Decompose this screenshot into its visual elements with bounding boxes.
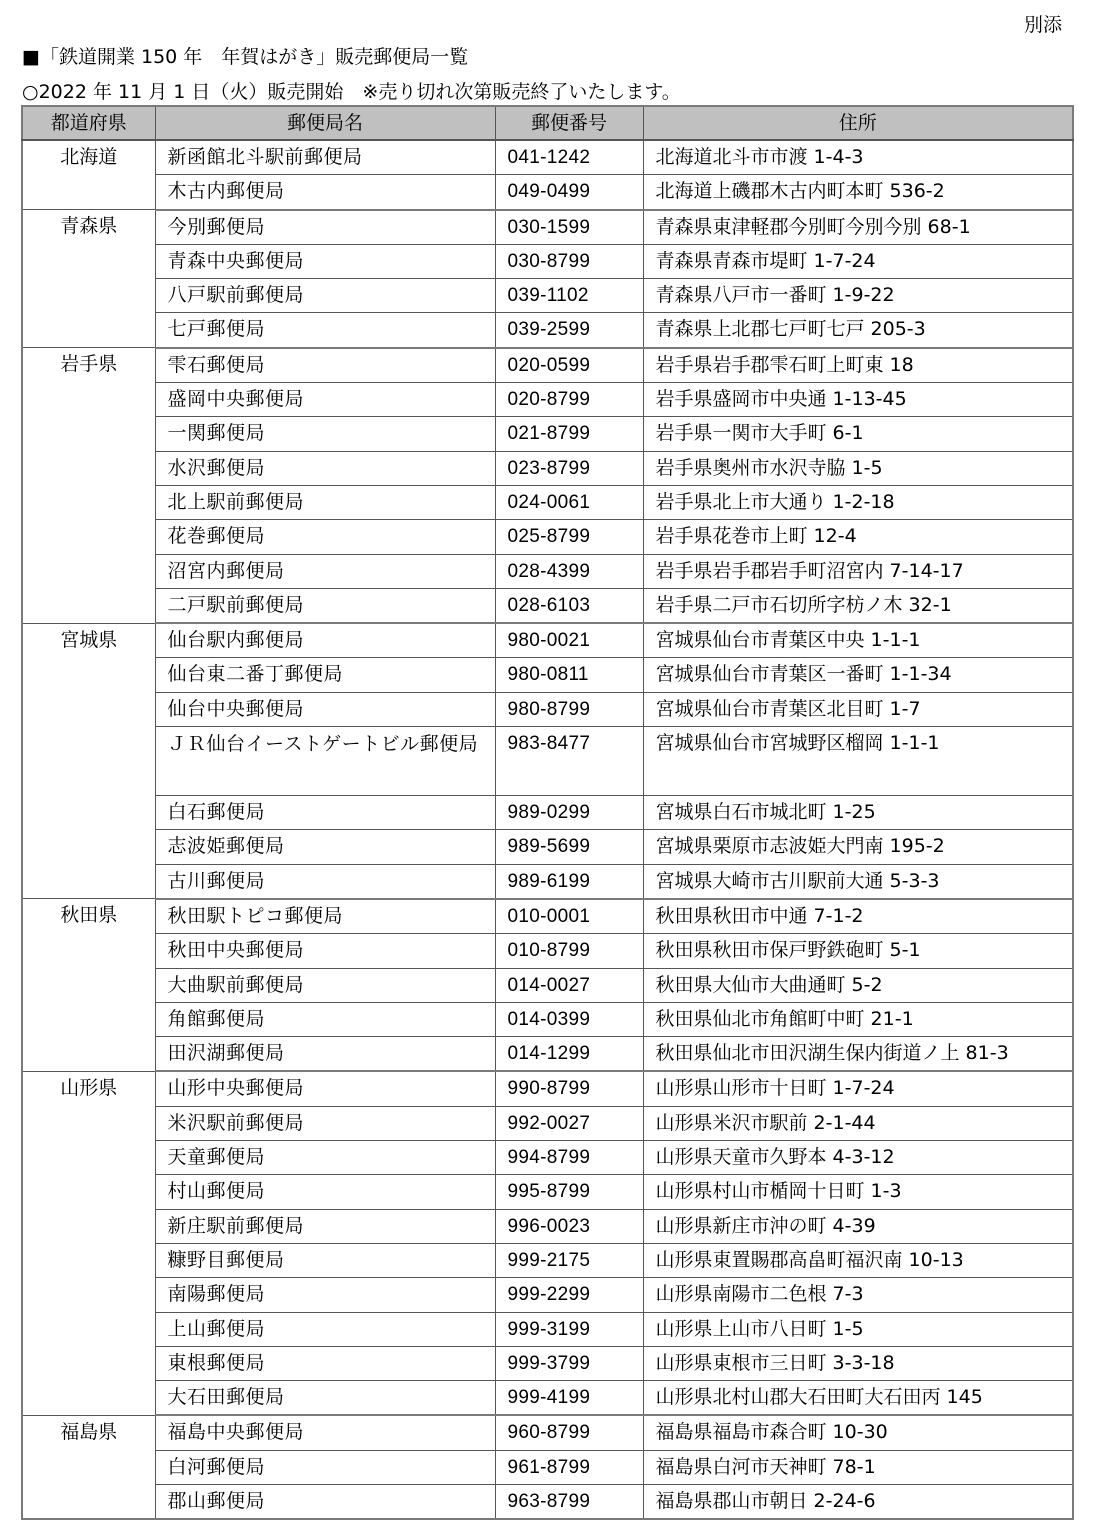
office-name-cell: 山形中央郵便局 — [155, 1071, 495, 1106]
office-name-cell: 白石郵便局 — [155, 796, 495, 830]
office-name-cell: 村山郵便局 — [155, 1175, 495, 1209]
table-row: 仙台東二番丁郵便局980-0811宮城県仙台市青葉区一番町 1-1-34 — [22, 658, 1073, 692]
office-name-cell: 角館郵便局 — [155, 1002, 495, 1036]
address-cell: 青森県青森市堤町 1-7-24 — [643, 244, 1073, 278]
table-row: 秋田中央郵便局010-8799秋田県秋田市保戸野鉄砲町 5-1 — [22, 934, 1073, 968]
office-name-cell: 白河郵便局 — [155, 1450, 495, 1484]
office-name-cell: 沼宮内郵便局 — [155, 554, 495, 588]
postal-code-cell: 014-0399 — [495, 1002, 643, 1036]
address-cell: 宮城県白石市城北町 1-25 — [643, 796, 1073, 830]
postal-code-cell: 039-2599 — [495, 313, 643, 348]
postal-code-cell: 010-0001 — [495, 899, 643, 934]
postal-code-cell: 010-8799 — [495, 934, 643, 968]
postal-code-cell: 014-1299 — [495, 1037, 643, 1072]
office-name-cell: 今別郵便局 — [155, 210, 495, 245]
office-name-cell: 仙台東二番丁郵便局 — [155, 658, 495, 692]
office-name-cell: 東根郵便局 — [155, 1346, 495, 1380]
address-cell: 福島県福島市森合町 10-30 — [643, 1415, 1073, 1450]
office-name-cell: 田沢湖郵便局 — [155, 1037, 495, 1072]
table-row: 花巻郵便局025-8799岩手県花巻市上町 12-4 — [22, 520, 1073, 554]
address-cell: 山形県天童市久野本 4-3-12 — [643, 1141, 1073, 1175]
table-row: 天童郵便局994-8799山形県天童市久野本 4-3-12 — [22, 1141, 1073, 1175]
postal-code-cell: 999-3799 — [495, 1346, 643, 1380]
office-name-cell: 仙台駅内郵便局 — [155, 623, 495, 658]
office-name-cell: 志波姫郵便局 — [155, 830, 495, 864]
postal-code-cell: 994-8799 — [495, 1141, 643, 1175]
office-name-cell: 古川郵便局 — [155, 864, 495, 899]
postal-code-cell: 023-8799 — [495, 451, 643, 485]
annex-label: 別添 — [1024, 10, 1062, 37]
office-name-cell: 水沢郵便局 — [155, 451, 495, 485]
prefecture-cell: 青森県 — [22, 210, 155, 348]
postal-code-cell: 039-1102 — [495, 279, 643, 313]
address-cell: 秋田県仙北市田沢湖生保内街道ノ上 81-3 — [643, 1037, 1073, 1072]
prefecture-cell: 北海道 — [22, 140, 155, 210]
office-name-cell: 大石田郵便局 — [155, 1381, 495, 1416]
table-row: 南陽郵便局999-2299山形県南陽市二色根 7-3 — [22, 1278, 1073, 1312]
address-cell: 福島県郡山市朝日 2-24-6 — [643, 1484, 1073, 1519]
table-header: 都道府県 郵便局名 郵便番号 住所 — [22, 106, 1073, 140]
office-name-cell: 天童郵便局 — [155, 1141, 495, 1175]
address-cell: 岩手県奥州市水沢寺脇 1-5 — [643, 451, 1073, 485]
postal-code-cell: 024-0061 — [495, 485, 643, 519]
office-name-cell: 大曲駅前郵便局 — [155, 968, 495, 1002]
office-name-cell: 北上駅前郵便局 — [155, 485, 495, 519]
address-cell: 秋田県秋田市中通 7-1-2 — [643, 899, 1073, 934]
table-row: 白石郵便局989-0299宮城県白石市城北町 1-25 — [22, 796, 1073, 830]
office-name-cell: ＪＲ仙台イーストゲートビル郵便局 — [155, 727, 495, 796]
table-row: 新庄駅前郵便局996-0023山形県新庄市沖の町 4-39 — [22, 1209, 1073, 1243]
table-row: 秋田県秋田駅トピコ郵便局010-0001秋田県秋田市中通 7-1-2 — [22, 899, 1073, 934]
postal-code-cell: 961-8799 — [495, 1450, 643, 1484]
postal-code-cell: 989-5699 — [495, 830, 643, 864]
postal-code-cell: 020-0599 — [495, 348, 643, 383]
postal-code-cell: 014-0027 — [495, 968, 643, 1002]
table-row: 仙台中央郵便局980-8799宮城県仙台市青葉区北目町 1-7 — [22, 692, 1073, 726]
postal-code-cell: 021-8799 — [495, 417, 643, 451]
header-postal-code: 郵便番号 — [495, 106, 643, 140]
address-cell: 山形県上山市八日町 1-5 — [643, 1312, 1073, 1346]
table-row: 山形県山形中央郵便局990-8799山形県山形市十日町 1-7-24 — [22, 1071, 1073, 1106]
address-cell: 宮城県仙台市青葉区北目町 1-7 — [643, 692, 1073, 726]
office-name-cell: 郡山郵便局 — [155, 1484, 495, 1519]
office-name-cell: 花巻郵便局 — [155, 520, 495, 554]
address-cell: 宮城県仙台市青葉区一番町 1-1-34 — [643, 658, 1073, 692]
office-name-cell: 七戸郵便局 — [155, 313, 495, 348]
table-row: 盛岡中央郵便局020-8799岩手県盛岡市中央通 1-13-45 — [22, 383, 1073, 417]
table-row: 米沢駅前郵便局992-0027山形県米沢市駅前 2-1-44 — [22, 1106, 1073, 1140]
address-cell: 岩手県一関市大手町 6-1 — [643, 417, 1073, 451]
table-row: 七戸郵便局039-2599青森県上北郡七戸町七戸 205-3 — [22, 313, 1073, 348]
address-cell: 北海道上磯郡木古内町本町 536-2 — [643, 175, 1073, 210]
address-cell: 山形県北村山郡大石田町大石田丙 145 — [643, 1381, 1073, 1416]
table-row: 田沢湖郵便局014-1299秋田県仙北市田沢湖生保内街道ノ上 81-3 — [22, 1037, 1073, 1072]
table-row: 八戸駅前郵便局039-1102青森県八戸市一番町 1-9-22 — [22, 279, 1073, 313]
office-name-cell: 糠野目郵便局 — [155, 1243, 495, 1277]
table-row: 青森中央郵便局030-8799青森県青森市堤町 1-7-24 — [22, 244, 1073, 278]
postal-code-cell: 980-0811 — [495, 658, 643, 692]
office-name-cell: 新函館北斗駅前郵便局 — [155, 140, 495, 175]
office-name-cell: 南陽郵便局 — [155, 1278, 495, 1312]
postal-code-cell: 992-0027 — [495, 1106, 643, 1140]
prefecture-cell: 岩手県 — [22, 348, 155, 623]
office-name-cell: 新庄駅前郵便局 — [155, 1209, 495, 1243]
address-cell: 宮城県仙台市宮城野区榴岡 1-1-1 — [643, 727, 1073, 796]
postal-code-cell: 020-8799 — [495, 383, 643, 417]
address-cell: 宮城県栗原市志波姫大門南 195-2 — [643, 830, 1073, 864]
address-cell: 山形県南陽市二色根 7-3 — [643, 1278, 1073, 1312]
table-row: 大石田郵便局999-4199山形県北村山郡大石田町大石田丙 145 — [22, 1381, 1073, 1416]
address-cell: 岩手県二戸市石切所字枋ノ木 32-1 — [643, 588, 1073, 623]
postal-code-cell: 028-4399 — [495, 554, 643, 588]
address-cell: 青森県東津軽郡今別町今別今別 68-1 — [643, 210, 1073, 245]
postal-code-cell: 983-8477 — [495, 727, 643, 796]
header-office-name: 郵便局名 — [155, 106, 495, 140]
table-row: 木古内郵便局049-0499北海道上磯郡木古内町本町 536-2 — [22, 175, 1073, 210]
postal-code-cell: 999-2175 — [495, 1243, 643, 1277]
postal-code-cell: 030-1599 — [495, 210, 643, 245]
table-row: 東根郵便局999-3799山形県東根市三日町 3-3-18 — [22, 1346, 1073, 1380]
table-row: 角館郵便局014-0399秋田県仙北市角館町中町 21-1 — [22, 1002, 1073, 1036]
table-row: 沼宮内郵便局028-4399岩手県岩手郡岩手町沼宮内 7-14-17 — [22, 554, 1073, 588]
office-name-cell: 福島中央郵便局 — [155, 1415, 495, 1450]
table-row: 北上駅前郵便局024-0061岩手県北上市大通り 1-2-18 — [22, 485, 1073, 519]
post-office-table: 都道府県 郵便局名 郵便番号 住所 北海道新函館北斗駅前郵便局041-1242北… — [21, 105, 1074, 1520]
postal-code-cell: 989-6199 — [495, 864, 643, 899]
header-row: 都道府県 郵便局名 郵便番号 住所 — [22, 106, 1073, 140]
prefecture-cell: 山形県 — [22, 1071, 155, 1415]
office-name-cell: 上山郵便局 — [155, 1312, 495, 1346]
address-cell: 山形県村山市楯岡十日町 1-3 — [643, 1175, 1073, 1209]
header-address: 住所 — [643, 106, 1073, 140]
address-cell: 青森県八戸市一番町 1-9-22 — [643, 279, 1073, 313]
office-name-cell: 木古内郵便局 — [155, 175, 495, 210]
office-name-cell: 秋田中央郵便局 — [155, 934, 495, 968]
header-prefecture: 都道府県 — [22, 106, 155, 140]
postal-code-cell: 030-8799 — [495, 244, 643, 278]
table-row: 糠野目郵便局999-2175山形県東置賜郡高畠町福沢南 10-13 — [22, 1243, 1073, 1277]
table-row: 水沢郵便局023-8799岩手県奥州市水沢寺脇 1-5 — [22, 451, 1073, 485]
address-cell: 秋田県仙北市角館町中町 21-1 — [643, 1002, 1073, 1036]
table-row: 青森県今別郵便局030-1599青森県東津軽郡今別町今別今別 68-1 — [22, 210, 1073, 245]
postal-code-cell: 960-8799 — [495, 1415, 643, 1450]
address-cell: 北海道北斗市市渡 1-4-3 — [643, 140, 1073, 175]
address-cell: 秋田県大仙市大曲通町 5-2 — [643, 968, 1073, 1002]
postal-code-cell: 025-8799 — [495, 520, 643, 554]
postal-code-cell: 999-4199 — [495, 1381, 643, 1416]
address-cell: 青森県上北郡七戸町七戸 205-3 — [643, 313, 1073, 348]
address-cell: 岩手県盛岡市中央通 1-13-45 — [643, 383, 1073, 417]
postal-code-cell: 041-1242 — [495, 140, 643, 175]
address-cell: 岩手県岩手郡岩手町沼宮内 7-14-17 — [643, 554, 1073, 588]
table-row: 郡山郵便局963-8799福島県郡山市朝日 2-24-6 — [22, 1484, 1073, 1519]
table-row: ＪＲ仙台イーストゲートビル郵便局983-8477宮城県仙台市宮城野区榴岡 1-1… — [22, 727, 1073, 796]
table-row: 志波姫郵便局989-5699宮城県栗原市志波姫大門南 195-2 — [22, 830, 1073, 864]
table-row: 大曲駅前郵便局014-0027秋田県大仙市大曲通町 5-2 — [22, 968, 1073, 1002]
postal-code-cell: 049-0499 — [495, 175, 643, 210]
postal-code-cell: 990-8799 — [495, 1071, 643, 1106]
office-name-cell: 仙台中央郵便局 — [155, 692, 495, 726]
table-row: 福島県福島中央郵便局960-8799福島県福島市森合町 10-30 — [22, 1415, 1073, 1450]
address-cell: 秋田県秋田市保戸野鉄砲町 5-1 — [643, 934, 1073, 968]
table-body: 北海道新函館北斗駅前郵便局041-1242北海道北斗市市渡 1-4-3木古内郵便… — [22, 140, 1073, 1519]
office-name-cell: 盛岡中央郵便局 — [155, 383, 495, 417]
address-cell: 宮城県大崎市古川駅前大通 5-3-3 — [643, 864, 1073, 899]
address-cell: 山形県米沢市駅前 2-1-44 — [643, 1106, 1073, 1140]
office-name-cell: 八戸駅前郵便局 — [155, 279, 495, 313]
table-row: 白河郵便局961-8799福島県白河市天神町 78-1 — [22, 1450, 1073, 1484]
table-row: 村山郵便局995-8799山形県村山市楯岡十日町 1-3 — [22, 1175, 1073, 1209]
postal-code-cell: 995-8799 — [495, 1175, 643, 1209]
address-cell: 山形県新庄市沖の町 4-39 — [643, 1209, 1073, 1243]
postal-code-cell: 989-0299 — [495, 796, 643, 830]
address-cell: 山形県東置賜郡高畠町福沢南 10-13 — [643, 1243, 1073, 1277]
postal-code-cell: 996-0023 — [495, 1209, 643, 1243]
office-name-cell: 一関郵便局 — [155, 417, 495, 451]
address-cell: 福島県白河市天神町 78-1 — [643, 1450, 1073, 1484]
office-name-cell: 秋田駅トピコ郵便局 — [155, 899, 495, 934]
postal-code-cell: 999-2299 — [495, 1278, 643, 1312]
address-cell: 岩手県北上市大通り 1-2-18 — [643, 485, 1073, 519]
address-cell: 岩手県岩手郡雫石町上町東 18 — [643, 348, 1073, 383]
table-row: 二戸駅前郵便局028-6103岩手県二戸市石切所字枋ノ木 32-1 — [22, 588, 1073, 623]
prefecture-cell: 秋田県 — [22, 899, 155, 1071]
postal-code-cell: 980-0021 — [495, 623, 643, 658]
table-row: 上山郵便局999-3199山形県上山市八日町 1-5 — [22, 1312, 1073, 1346]
prefecture-cell: 福島県 — [22, 1415, 155, 1519]
table-row: 一関郵便局021-8799岩手県一関市大手町 6-1 — [22, 417, 1073, 451]
table-row: 宮城県仙台駅内郵便局980-0021宮城県仙台市青葉区中央 1-1-1 — [22, 623, 1073, 658]
address-cell: 山形県東根市三日町 3-3-18 — [643, 1346, 1073, 1380]
prefecture-cell: 宮城県 — [22, 623, 155, 899]
office-name-cell: 青森中央郵便局 — [155, 244, 495, 278]
table-row: 古川郵便局989-6199宮城県大崎市古川駅前大通 5-3-3 — [22, 864, 1073, 899]
office-name-cell: 二戸駅前郵便局 — [155, 588, 495, 623]
postal-code-cell: 028-6103 — [495, 588, 643, 623]
table-row: 北海道新函館北斗駅前郵便局041-1242北海道北斗市市渡 1-4-3 — [22, 140, 1073, 175]
postal-code-cell: 963-8799 — [495, 1484, 643, 1519]
office-name-cell: 米沢駅前郵便局 — [155, 1106, 495, 1140]
address-cell: 宮城県仙台市青葉区中央 1-1-1 — [643, 623, 1073, 658]
postal-code-cell: 999-3199 — [495, 1312, 643, 1346]
document-title: ■「鉄道開業 150 年 年賀はがき」販売郵便局一覧 — [22, 42, 468, 69]
address-cell: 山形県山形市十日町 1-7-24 — [643, 1071, 1073, 1106]
office-name-cell: 雫石郵便局 — [155, 348, 495, 383]
address-cell: 岩手県花巻市上町 12-4 — [643, 520, 1073, 554]
postal-code-cell: 980-8799 — [495, 692, 643, 726]
table-row: 岩手県雫石郵便局020-0599岩手県岩手郡雫石町上町東 18 — [22, 348, 1073, 383]
sales-notice: ○2022 年 11 月 1 日（火）販売開始 ※売り切れ次第販売終了いたします… — [22, 77, 681, 104]
